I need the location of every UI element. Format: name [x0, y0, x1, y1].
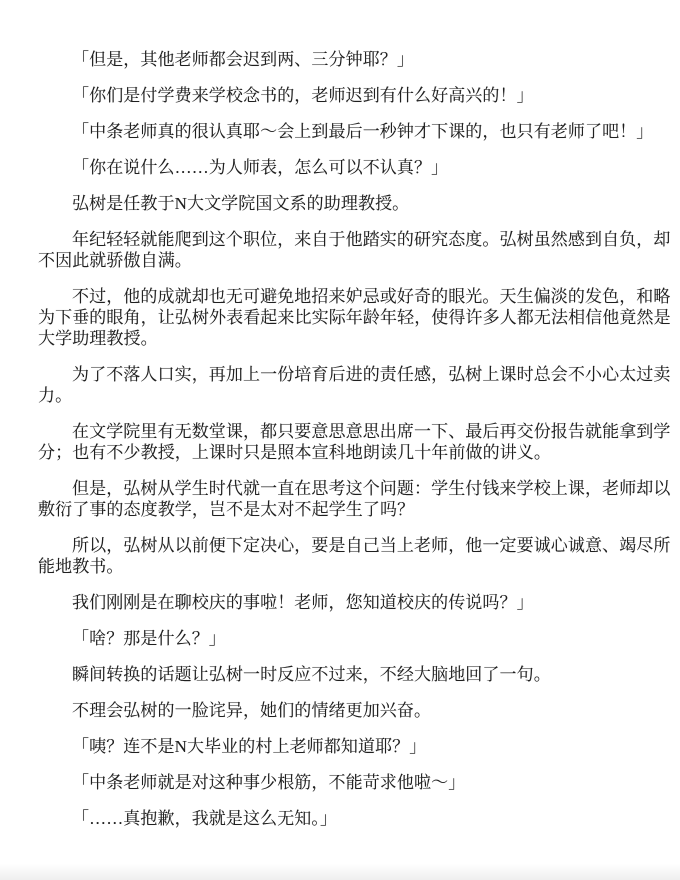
text-line: 敷衍了事的态度教学，岂不是太对不起学生了吗？ [38, 499, 656, 520]
text-line: 但是，弘树从学生时代就一直在思考这个问题：学生付钱来学校上课，老师却以 [38, 478, 656, 499]
text-line: 大学助理教授。 [38, 328, 656, 349]
paragraph: 不理会弘树的一脸诧异，她们的情绪更加兴奋。 [38, 700, 656, 721]
paragraph: 但是，弘树从学生时代就一直在思考这个问题：学生付钱来学校上课，老师却以敷衍了事的… [38, 478, 656, 520]
paragraph: 为了不落人口实，再加上一份培育后进的责任感，弘树上课时总会不小心太过卖力。 [38, 364, 656, 406]
text-line: 「你们是付学费来学校念书的，老师迟到有什么好高兴的！」 [38, 85, 656, 106]
text-line: 瞬间转换的话题让弘树一时反应不过来，不经大脑地回了一句。 [38, 664, 656, 685]
novel-page: 「但是，其他老师都会迟到两、三分钟耶？」「你们是付学费来学校念书的，老师迟到有什… [0, 0, 680, 880]
paragraph: 「中条老师真的很认真耶～会上到最后一秒钟才下课的，也只有老师了吧！」 [38, 121, 656, 142]
paragraph: 弘树是任教于N大文学院国文系的助理教授。 [38, 193, 656, 214]
text-line: 能地教书。 [38, 556, 656, 577]
paragraph: 所以，弘树从以前便下定决心，要是自己当上老师，他一定要诚心诚意、竭尽所能地教书。 [38, 535, 656, 577]
paragraph: 「啥？那是什么？」 [38, 628, 656, 649]
text-body: 「但是，其他老师都会迟到两、三分钟耶？」「你们是付学费来学校念书的，老师迟到有什… [38, 49, 656, 829]
text-line: 分；也有不少教授，上课时只是照本宣科地朗读几十年前做的讲义。 [38, 442, 656, 463]
text-line: 为下垂的眼角，让弘树外表看起来比实际年龄年轻，使得许多人都无法相信他竟然是 [38, 307, 656, 328]
text-line: 年纪轻轻就能爬到这个职位，来自于他踏实的研究态度。弘树虽然感到自负，却 [38, 229, 656, 250]
text-line: 所以，弘树从以前便下定决心，要是自己当上老师，他一定要诚心诚意、竭尽所 [38, 535, 656, 556]
text-line: 不过，他的成就却也无可避免地招来妒忌或好奇的眼光。天生偏淡的发色，和略 [38, 286, 656, 307]
paragraph: 「中条老师就是对这种事少根筋，不能苛求他啦～」 [38, 772, 656, 793]
paragraph: 「你们是付学费来学校念书的，老师迟到有什么好高兴的！」 [38, 85, 656, 106]
text-line: 「咦？连不是N大毕业的村上老师都知道耶？」 [38, 736, 656, 757]
paragraph: 「咦？连不是N大毕业的村上老师都知道耶？」 [38, 736, 656, 757]
paragraph: 年纪轻轻就能爬到这个职位，来自于他踏实的研究态度。弘树虽然感到自负，却不因此就骄… [38, 229, 656, 271]
text-line: 不因此就骄傲自满。 [38, 250, 656, 271]
text-line: 在文学院里有无数堂课，都只要意思意思出席一下、最后再交份报告就能拿到学 [38, 421, 656, 442]
paragraph: 瞬间转换的话题让弘树一时反应不过来，不经大脑地回了一句。 [38, 664, 656, 685]
text-line: 「中条老师真的很认真耶～会上到最后一秒钟才下课的，也只有老师了吧！」 [38, 121, 656, 142]
paragraph: 「你在说什么……为人师表，怎么可以不认真？」 [38, 157, 656, 178]
text-line: 力。 [38, 385, 656, 406]
text-line: 「中条老师就是对这种事少根筋，不能苛求他啦～」 [38, 772, 656, 793]
text-line: 弘树是任教于N大文学院国文系的助理教授。 [38, 193, 656, 214]
text-line: 不理会弘树的一脸诧异，她们的情绪更加兴奋。 [38, 700, 656, 721]
text-line: 「……真抱歉，我就是这么无知。」 [38, 808, 656, 829]
paragraph: 「但是，其他老师都会迟到两、三分钟耶？」 [38, 49, 656, 70]
text-line: 「你在说什么……为人师表，怎么可以不认真？」 [38, 157, 656, 178]
paragraph: 不过，他的成就却也无可避免地招来妒忌或好奇的眼光。天生偏淡的发色，和略为下垂的眼… [38, 286, 656, 349]
paragraph: 我们刚刚是在聊校庆的事啦！老师，您知道校庆的传说吗？」 [38, 592, 656, 613]
paragraph: 在文学院里有无数堂课，都只要意思意思出席一下、最后再交份报告就能拿到学分；也有不… [38, 421, 656, 463]
text-line: 「啥？那是什么？」 [38, 628, 656, 649]
paragraph: 「……真抱歉，我就是这么无知。」 [38, 808, 656, 829]
text-line: 我们刚刚是在聊校庆的事啦！老师，您知道校庆的传说吗？」 [38, 592, 656, 613]
text-line: 为了不落人口实，再加上一份培育后进的责任感，弘树上课时总会不小心太过卖 [38, 364, 656, 385]
text-line: 「但是，其他老师都会迟到两、三分钟耶？」 [38, 49, 656, 70]
